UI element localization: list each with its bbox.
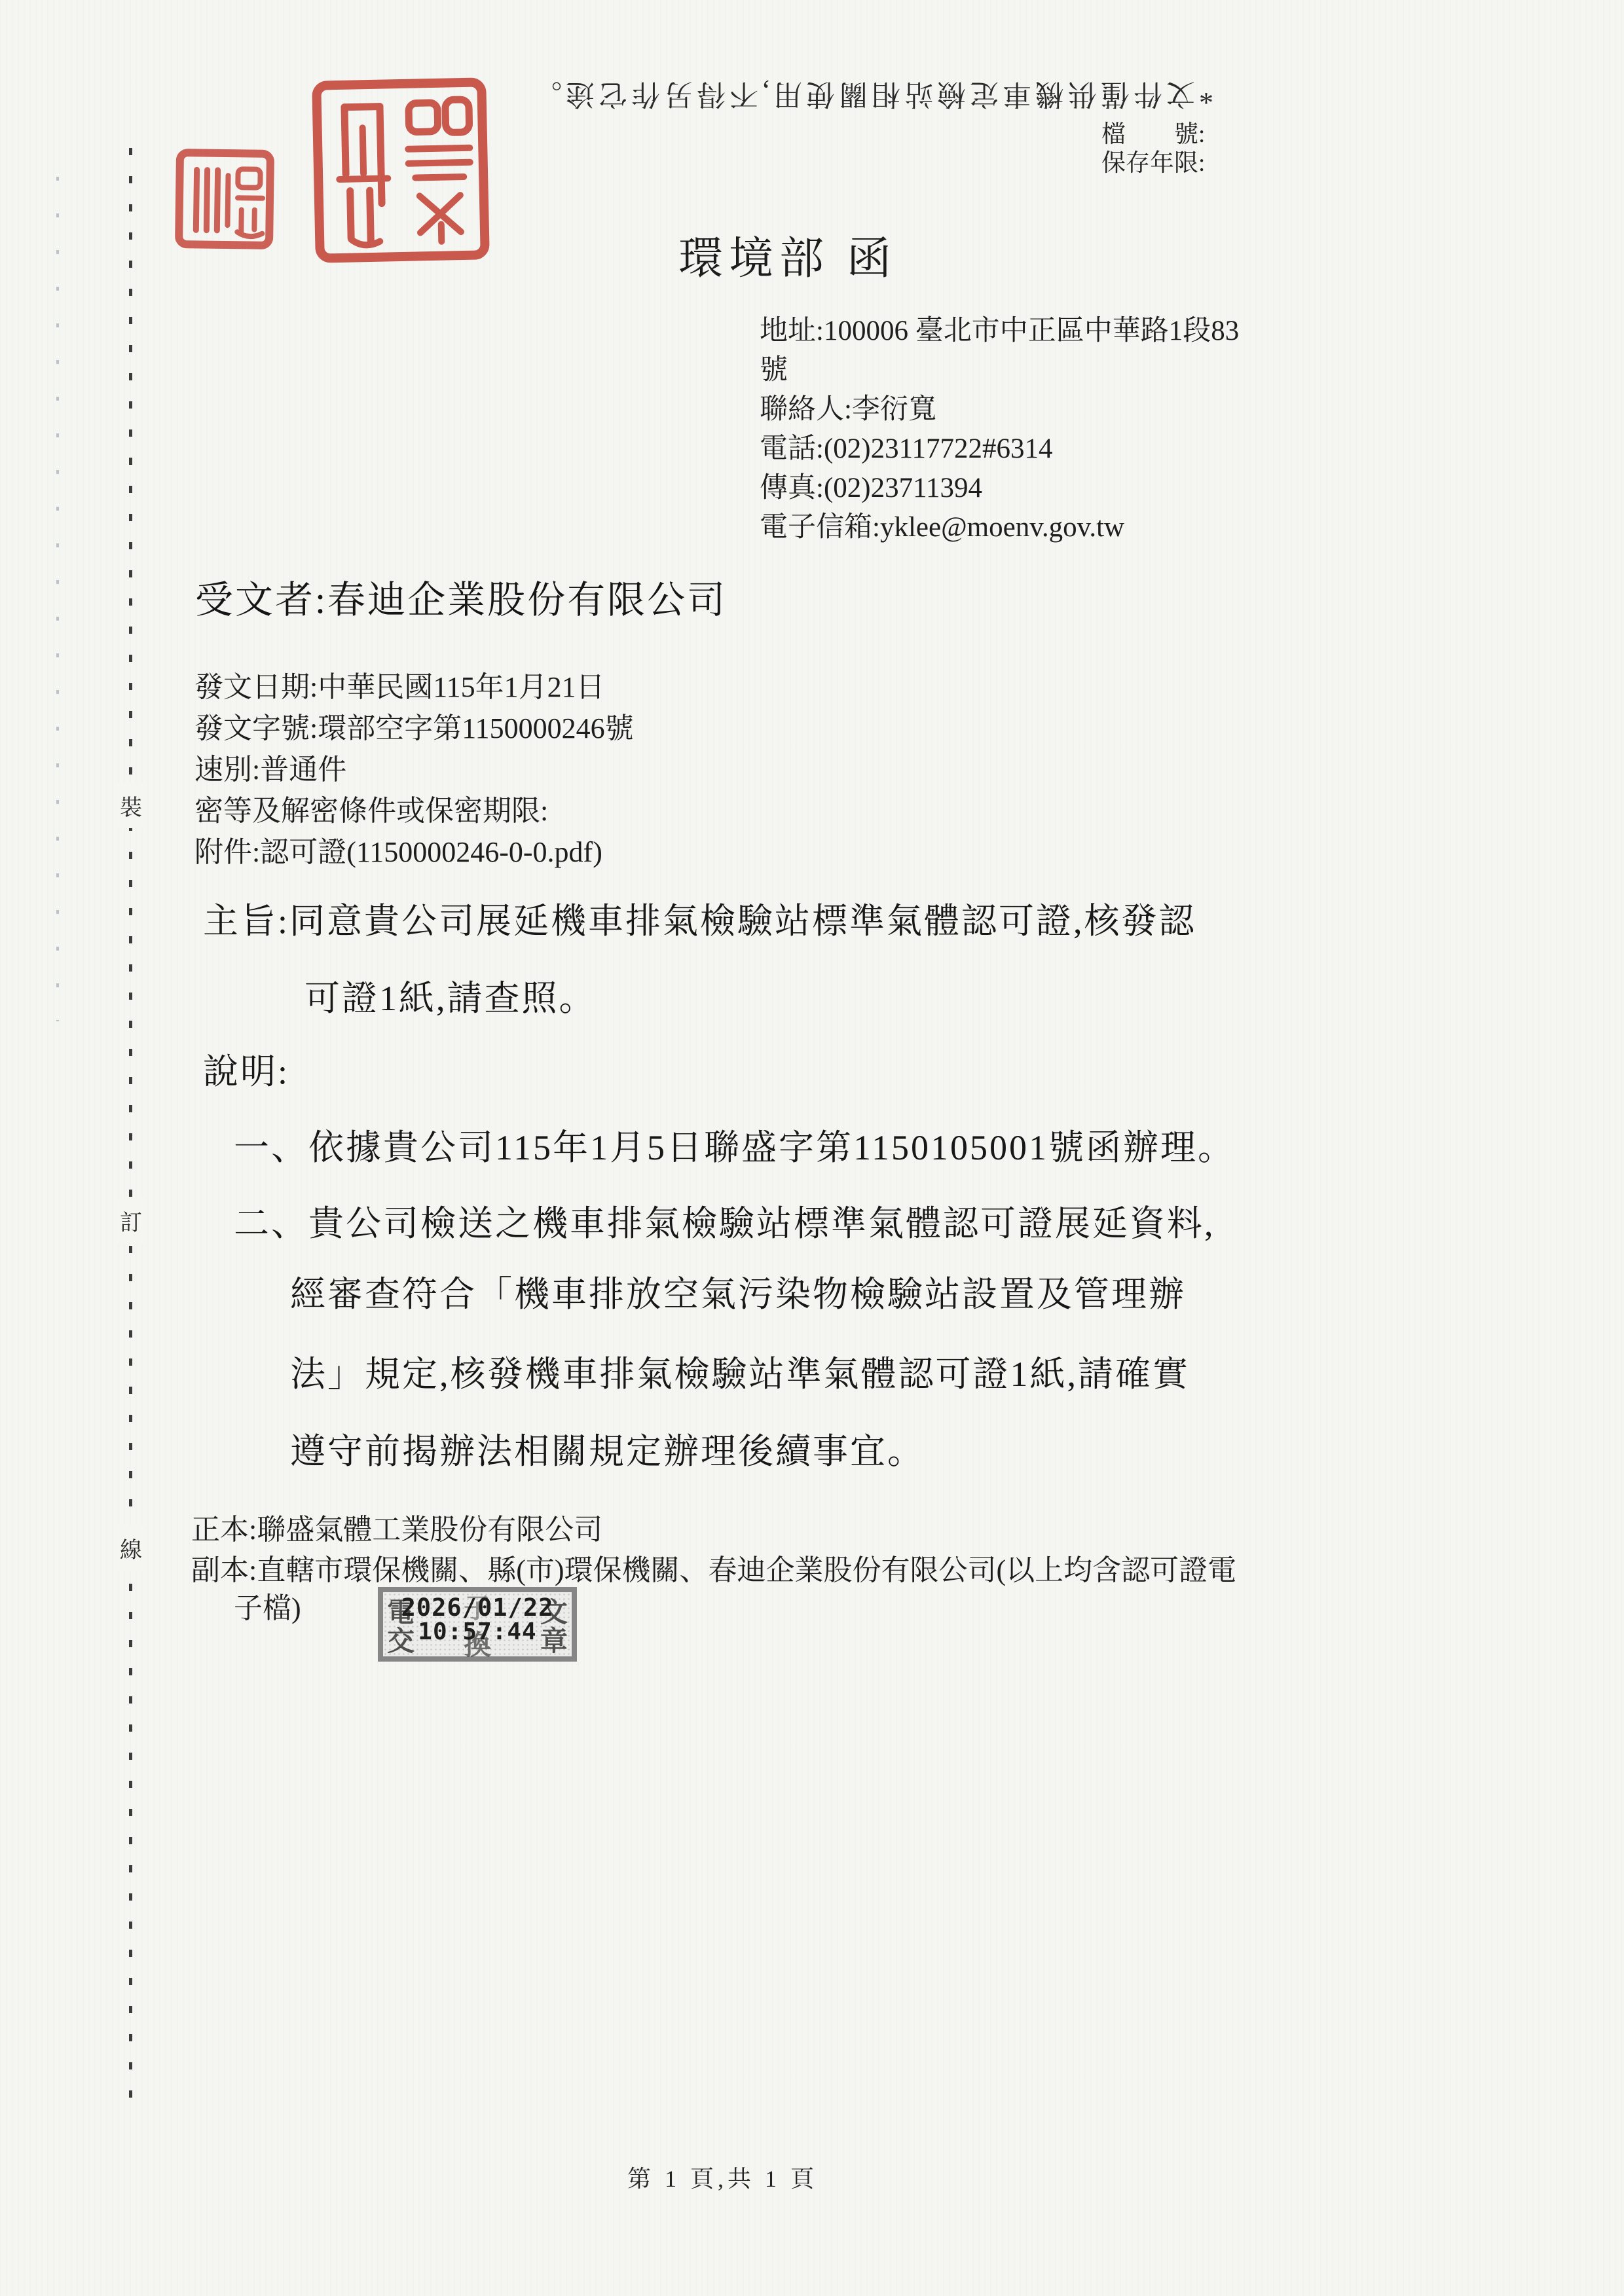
issue-date-line: 發文日期:中華民國115年1月21日 [194,666,634,708]
scanned-official-letter: 裝 訂 線 *文件僅供機車定檢站相關使用,不得另作它途。 檔 號: 保存年限: [0,0,1624,2296]
sender-address-line2: 號 [760,351,1239,390]
page-indicator: 第 1 頁,共 1 頁 [627,2166,818,2193]
sender-address-line1: 地址:100006 臺北市中正區中華路1段83 [760,312,1239,351]
recipient-line: 受文者:春迪企業股份有限公司 [195,579,727,623]
official-seal-large [310,75,492,265]
seal-small-graphic [174,147,276,251]
left-fold-dotted-line [56,177,59,1021]
binding-label-zhuang: 裝 [118,783,144,828]
issue-number-line: 發文字號:環部空字第1150000246號 [194,708,634,749]
cc-line-1: 副本:直轄市環保機關、縣(市)環保機關、春迪企業股份有限公司(以上均含認可證電 [191,1550,1236,1591]
retention-period-label: 保存年限: [1101,149,1205,178]
document-meta-block: 發文日期:中華民國115年1月21日 發文字號:環部空字第1150000246號… [194,666,634,873]
subject-line-2: 可證1紙,請查照。 [304,978,597,1019]
priority-line: 速別:普通件 [194,749,634,790]
explanation-label: 說明: [203,1051,289,1092]
stamp-time: 10:57:44 [383,1618,572,1645]
file-labels-block: 檔 號: 保存年限: [1101,120,1205,178]
binding-dashed-line [129,148,132,2105]
binding-label-xian: 線 [118,1525,144,1571]
attachment-line: 附件:認可證(1150000246-0-0.pdf) [194,831,634,873]
electronic-exchange-stamp: 電 子 文 交 換 章 2026/01/22 10:57:44 [378,1587,577,1662]
sender-contact: 聯絡人:李衍寬 [760,390,1239,429]
sender-phone: 電話:(02)23117722#6314 [760,429,1239,469]
binding-label-ding: 訂 [118,1198,144,1243]
sender-fax: 傳真:(02)23711394 [760,469,1239,508]
flipped-usage-notice: *文件僅供機車定檢站相關使用,不得另作它途。 [529,77,1213,111]
explanation-item-2-line1: 二、貴公司檢送之機車排氣檢驗站標準氣體認可證展延資料, [234,1203,1215,1244]
original-copy-line: 正本:聯盛氣體工業股份有限公司 [191,1510,1236,1550]
official-seal-small [174,147,276,251]
explanation-item-2-line4: 遵守前揭辦法相關規定辦理後續事宜。 [290,1431,925,1472]
distribution-block: 正本:聯盛氣體工業股份有限公司 副本:直轄市環保機關、縣(市)環保機關、春迪企業… [191,1510,1236,1591]
subject-line-1: 主旨:同意貴公司展延機車排氣檢驗站標準氣體認可證,核發認 [203,901,1196,941]
sender-email: 電子信箱:yklee@moenv.gov.tw [760,508,1239,547]
explanation-item-2-line3: 法」規定,核發機車排氣檢驗站準氣體認可證1紙,請確實 [290,1354,1190,1394]
letter-title: 環境部 函 [678,233,897,284]
explanation-item-2-line2: 經審查符合「機車排放空氣污染物檢驗站設置及管理辦 [290,1274,1186,1315]
classification-line: 密等及解密條件或保密期限: [194,790,634,831]
cc-line-2: 子檔) [234,1592,301,1626]
sender-info-block: 地址:100006 臺北市中正區中華路1段83 號 聯絡人:李衍寬 電話:(02… [760,312,1239,547]
seal-large-graphic [310,75,492,265]
explanation-item-1: 一、依據貴公司115年1月5日聯盛字第1150105001號函辦理。 [234,1127,1235,1168]
stamp-date: 2026/01/22 [383,1594,572,1622]
file-number-label: 檔 號: [1101,120,1205,149]
